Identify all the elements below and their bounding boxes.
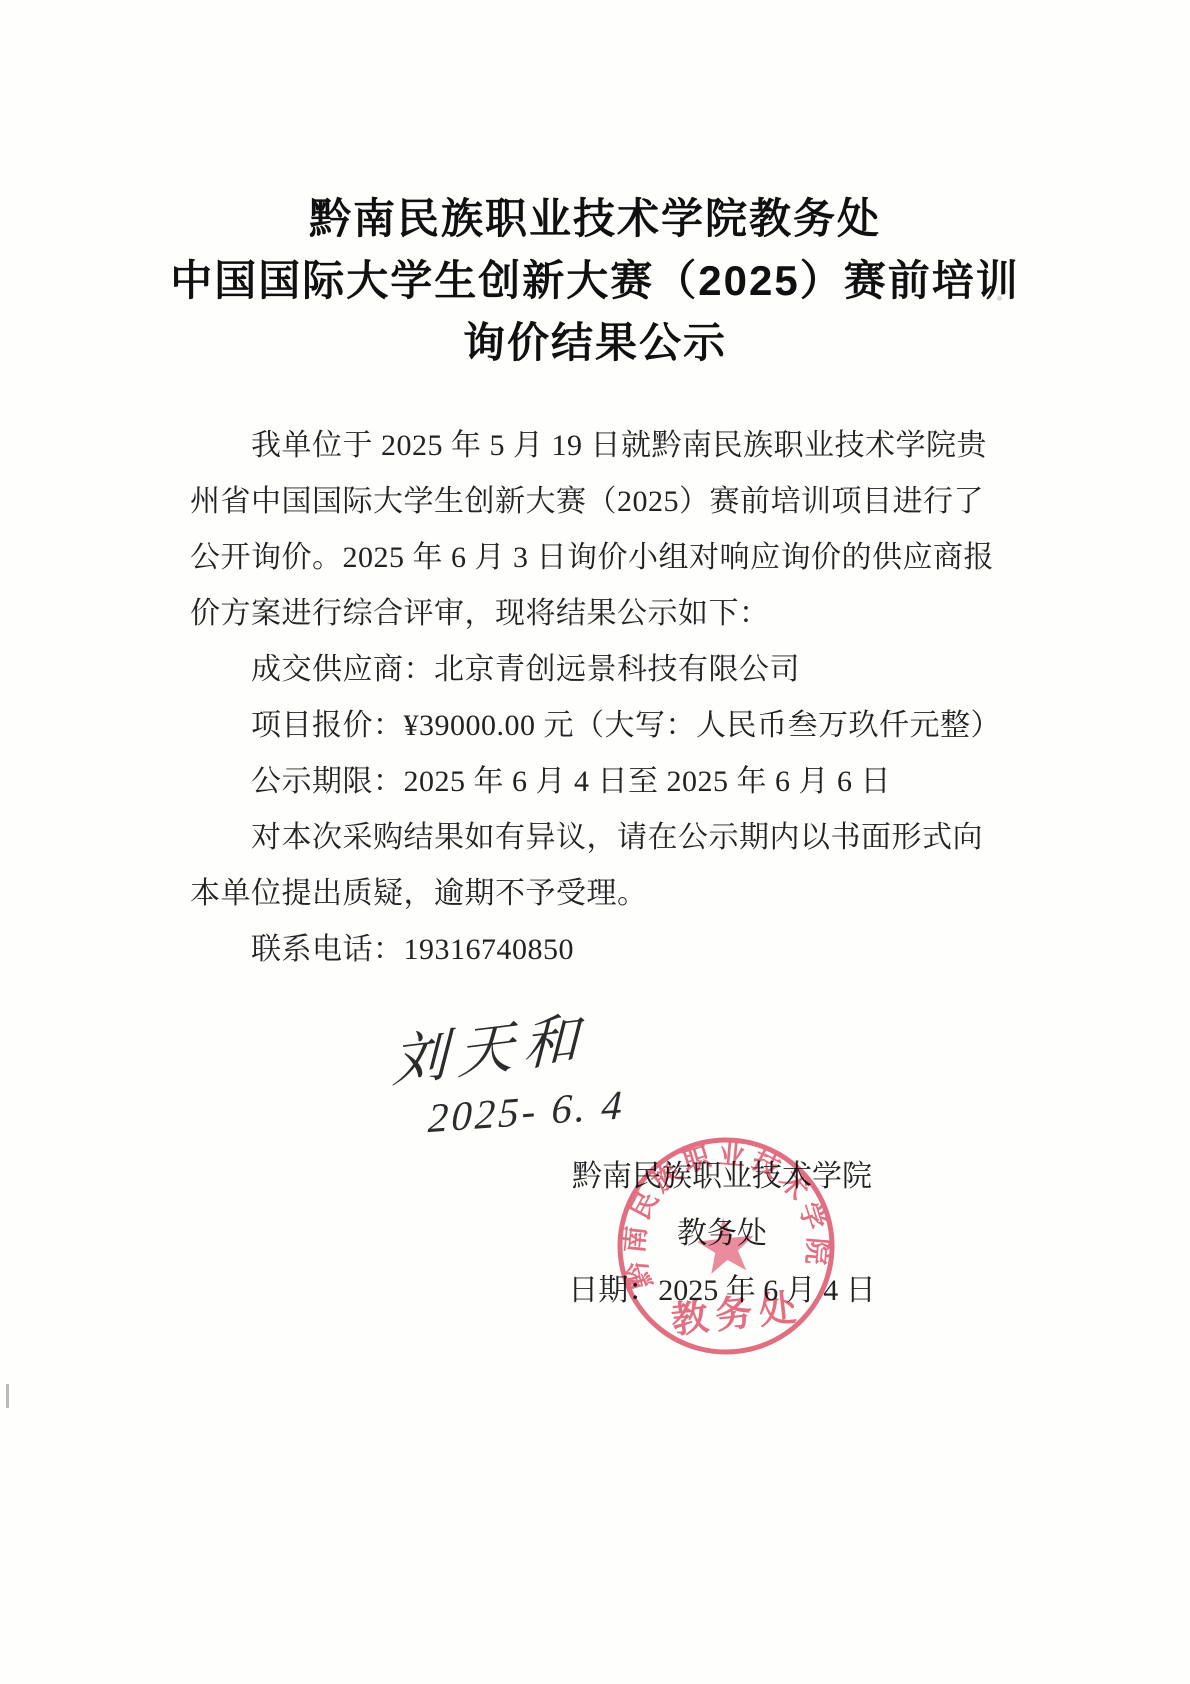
official-seal-stamp-icon: 黔南民族职业技术学院 教务处 [601, 1121, 852, 1372]
body-line-publicity-period: 公示期限：2025 年 6 月 4 日至 2025 年 6 月 6 日 [190, 754, 1018, 810]
scan-edge-artifact [6, 1384, 9, 1408]
body-line: 对本次采购结果如有异议，请在公示期内以书面形式向 [190, 810, 1018, 866]
document-body: 我单位于 2025 年 5 月 19 日就黔南民族职业技术学院贵 州省中国国际大… [190, 418, 1018, 978]
body-line: 本单位提出质疑，逾期不予受理。 [190, 866, 1018, 922]
body-line: 州省中国国际大学生创新大赛（2025）赛前培训项目进行了 [190, 474, 1018, 530]
body-line: 价方案进行综合评审，现将结果公示如下： [190, 586, 1018, 642]
body-line: 我单位于 2025 年 5 月 19 日就黔南民族职业技术学院贵 [190, 418, 1018, 474]
body-line: 公开询价。2025 年 6 月 3 日询价小组对响应询价的供应商报 [190, 530, 1018, 586]
body-line-project-price: 项目报价：¥39000.00 元（大写：人民币叁万玖仟元整） [190, 698, 1018, 754]
stamp-arc-text: 黔南民族职业技术学院 [608, 1128, 836, 1293]
body-line-contact-phone: 联系电话：19316740850 [190, 922, 1018, 978]
handwritten-signature: 刘天和 [391, 993, 589, 1098]
document-page: 黔南民族职业技术学院教务处 中国国际大学生创新大赛（2025）赛前培训 询价结果… [0, 0, 1190, 1684]
star-icon [695, 1215, 757, 1275]
title-line-1: 黔南民族职业技术学院教务处 [0, 188, 1190, 250]
scan-speck [997, 296, 1002, 301]
document-title: 黔南民族职业技术学院教务处 中国国际大学生创新大赛（2025）赛前培训 询价结果… [0, 188, 1190, 374]
title-line-3: 询价结果公示 [0, 312, 1190, 374]
body-line-winning-supplier: 成交供应商：北京青创远景科技有限公司 [190, 642, 1018, 698]
title-line-2: 中国国际大学生创新大赛（2025）赛前培训 [0, 250, 1190, 312]
